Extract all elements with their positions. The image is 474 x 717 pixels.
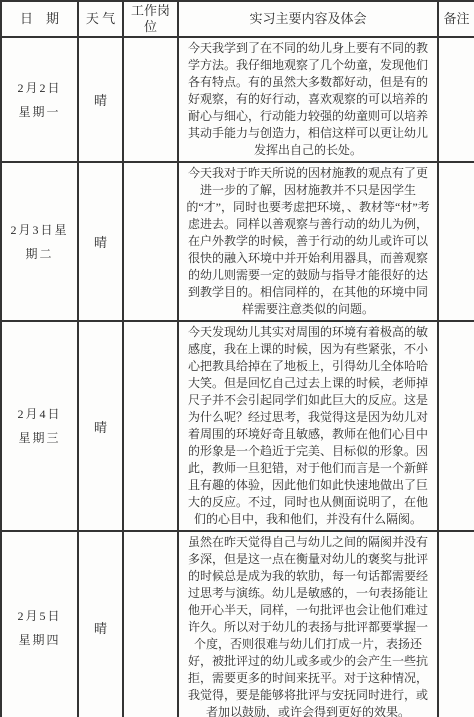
internship-diary-page: 日 期 天 气 工作岗位 实习主要内容及体会 备注 2月2日 星期一 晴 今天我… [0,0,474,717]
content-cell: 今天我学到了在不同的幼儿身上要有不同的教学方法。我仔细地观察了几个幼童，发现他们… [178,37,438,162]
notes-cell [438,321,474,531]
position-cell [123,162,178,321]
notes-cell [438,37,474,162]
weather-cell: 晴 [78,321,123,531]
content-cell: 虽然在昨天觉得自己与幼儿之间的隔阂并没有多深，但是这一点在衡量对幼儿的褒奖与批评… [178,531,438,717]
date-cell: 2月5日 星期四 [1,531,78,717]
position-cell [123,531,178,717]
date-cell: 2月4日 星期三 [1,321,78,531]
date-cell: 2月2日 星期一 [1,37,78,162]
weather-cell: 晴 [78,531,123,717]
header-content: 实习主要内容及体会 [178,1,438,37]
notes-cell [438,162,474,321]
weather-cell: 晴 [78,37,123,162]
diary-row-feb5: 2月5日 星期四 晴 虽然在昨天觉得自己与幼儿之间的隔阂并没有多深，但是这一点在… [1,531,474,717]
table-header-row: 日 期 天 气 工作岗位 实习主要内容及体会 备注 [1,1,474,37]
content-cell: 今天发现幼儿其实对周围的环境有着极高的敏感度，我在上课的时候，因为有些紧张，不小… [178,321,438,531]
notes-cell [438,531,474,717]
header-weather: 天 气 [78,1,123,37]
weather-cell: 晴 [78,162,123,321]
header-date: 日 期 [1,1,78,37]
diary-row-feb4: 2月4日 星期三 晴 今天发现幼儿其实对周围的环境有着极高的敏感度，我在上课的时… [1,321,474,531]
diary-row-feb2: 2月2日 星期一 晴 今天我学到了在不同的幼儿身上要有不同的教学方法。我仔细地观… [1,37,474,162]
header-position: 工作岗位 [123,1,178,37]
header-notes: 备注 [438,1,474,37]
diary-row-feb3: 2月3日星 期二 晴 今天我对于昨天所说的因材施教的观点有了更进一步的了解，因材… [1,162,474,321]
position-cell [123,37,178,162]
position-cell [123,321,178,531]
content-cell: 今天我对于昨天所说的因材施教的观点有了更进一步的了解，因材施教并不只是因学生的“… [178,162,438,321]
internship-diary-table: 日 期 天 气 工作岗位 实习主要内容及体会 备注 2月2日 星期一 晴 今天我… [0,0,474,717]
date-cell: 2月3日星 期二 [1,162,78,321]
